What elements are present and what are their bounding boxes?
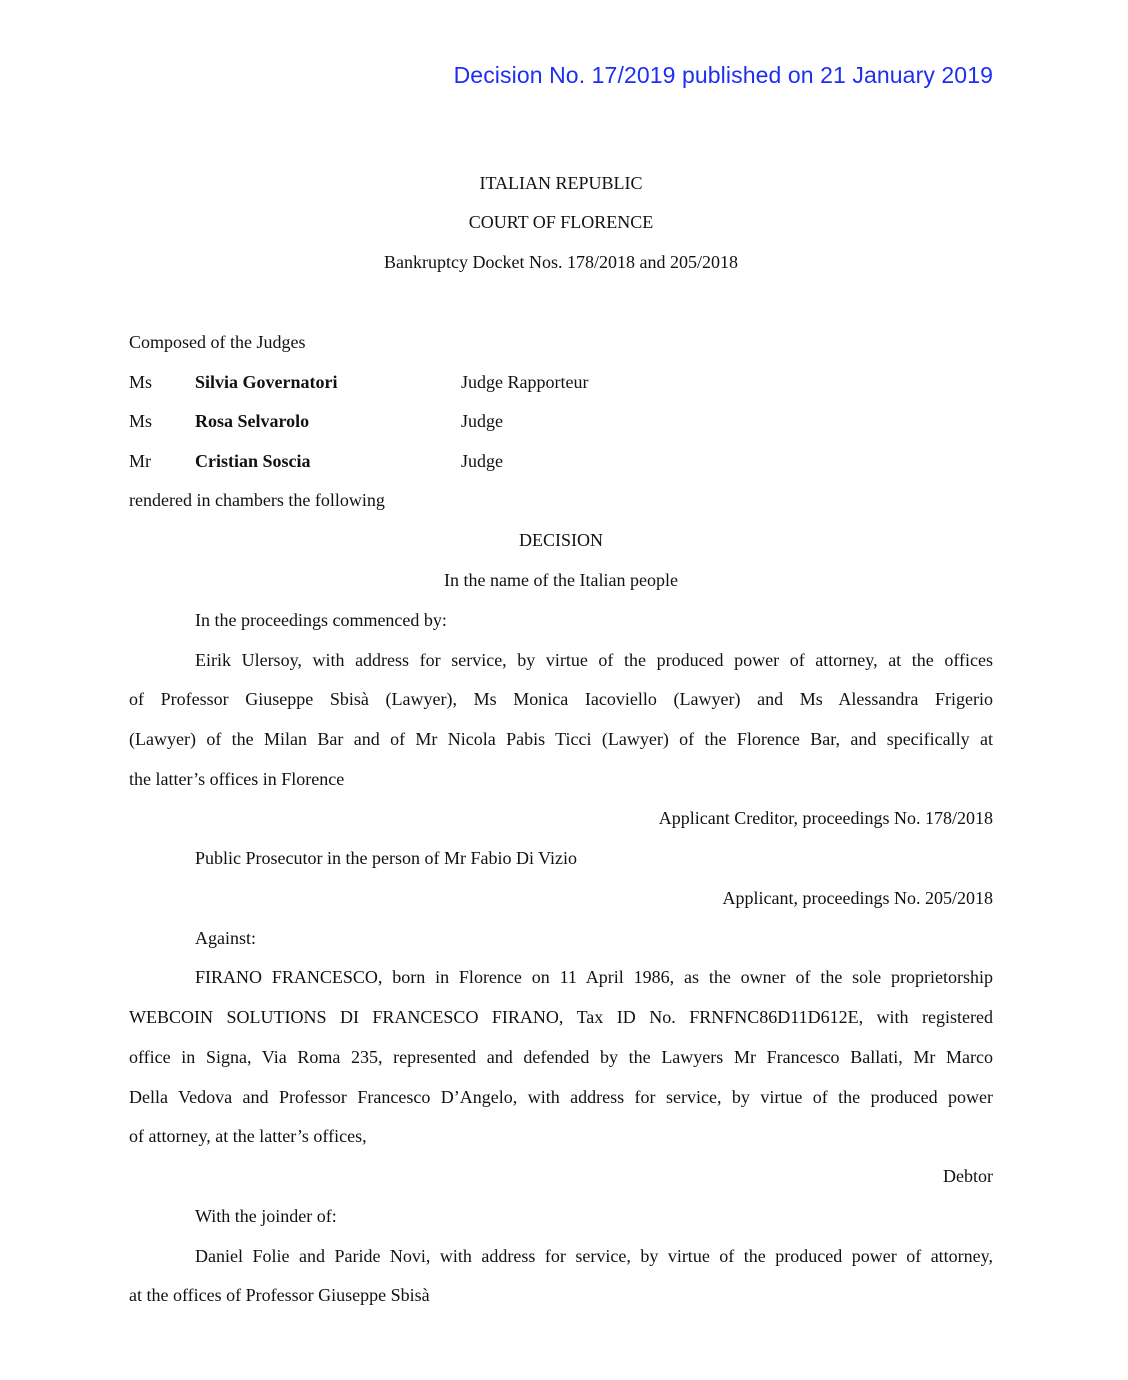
judge-name: Rosa Selvarolo: [195, 409, 309, 433]
judge-name: Cristian Soscia: [195, 449, 311, 473]
publication-note: Decision No. 17/2019 published on 21 Jan…: [0, 62, 993, 89]
debtor-role: Debtor: [129, 1164, 993, 1188]
judge-name: Silvia Governatori: [195, 370, 338, 394]
debtor-line: of attorney, at the latter’s offices,: [129, 1124, 993, 1148]
prosecutor-role: Applicant, proceedings No. 205/2018: [129, 886, 993, 910]
judge-role: Judge Rapporteur: [461, 370, 588, 394]
applicant-line: of Professor Giuseppe Sbisà (Lawyer), Ms…: [129, 687, 993, 711]
applicant-role: Applicant Creditor, proceedings No. 178/…: [129, 806, 993, 830]
prosecutor: Public Prosecutor in the person of Mr Fa…: [129, 846, 993, 870]
debtor-line: office in Signa, Via Roma 235, represent…: [129, 1045, 993, 1069]
applicant-line: Eirik Ulersoy, with address for service,…: [129, 648, 993, 672]
joinder-label: With the joinder of:: [129, 1204, 993, 1228]
judge-role: Judge: [461, 409, 503, 433]
debtor-line: Della Vedova and Professor Francesco D’A…: [129, 1085, 993, 1109]
commenced-by: In the proceedings commenced by:: [129, 608, 993, 632]
debtor-line: FIRANO FRANCESCO, born in Florence on 11…: [129, 965, 993, 989]
judge-title: Mr: [129, 449, 151, 473]
heading-republic: ITALIAN REPUBLIC: [129, 171, 993, 195]
decision-title: DECISION: [129, 528, 993, 552]
composition-outro: rendered in chambers the following: [129, 488, 993, 512]
judge-title: Ms: [129, 409, 152, 433]
joinder-line: at the offices of Professor Giuseppe Sbi…: [129, 1283, 993, 1307]
judge-role: Judge: [461, 449, 503, 473]
decision-subtitle: In the name of the Italian people: [129, 568, 993, 592]
judge-title: Ms: [129, 370, 152, 394]
composition-intro: Composed of the Judges: [129, 330, 993, 354]
heading-court: COURT OF FLORENCE: [129, 210, 993, 234]
document-page: Decision No. 17/2019 published on 21 Jan…: [0, 0, 1128, 1380]
against-label: Against:: [129, 926, 993, 950]
applicant-line: the latter’s offices in Florence: [129, 767, 993, 791]
applicant-line: (Lawyer) of the Milan Bar and of Mr Nico…: [129, 727, 993, 751]
heading-docket: Bankruptcy Docket Nos. 178/2018 and 205/…: [129, 250, 993, 274]
joinder-line: Daniel Folie and Paride Novi, with addre…: [129, 1244, 993, 1268]
debtor-line: WEBCOIN SOLUTIONS DI FRANCESCO FIRANO, T…: [129, 1005, 993, 1029]
